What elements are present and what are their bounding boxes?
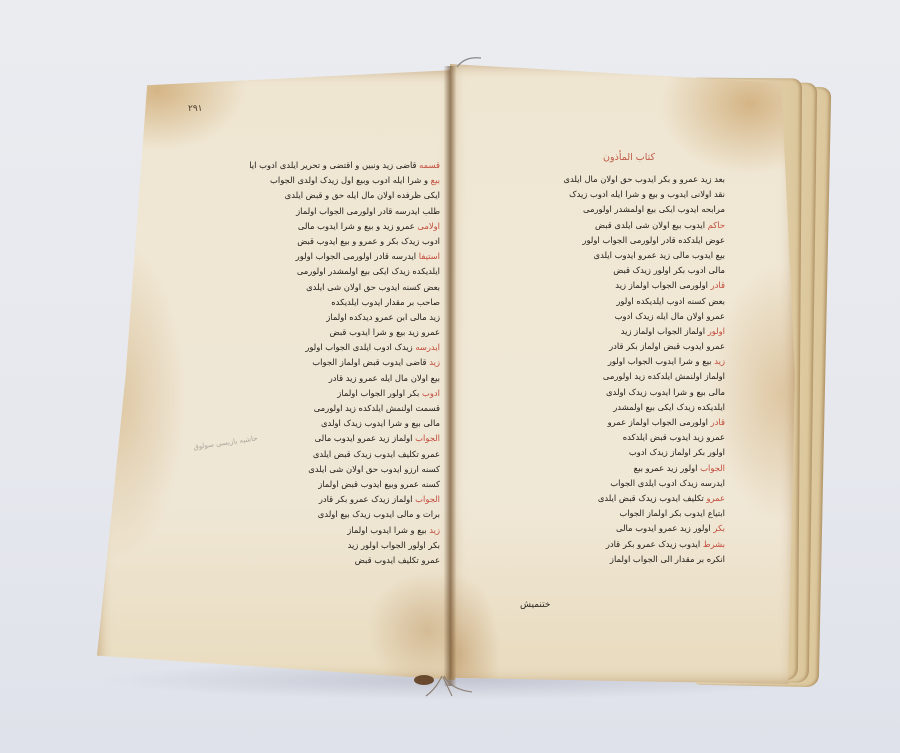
right-page-text-block: بعد زید عمرو و بکر ایدوب حق اولان مال ای… (485, 172, 725, 572)
manuscript-line: ابتیاع ایدوب بکر اولماز الجواب (485, 506, 725, 521)
manuscript-line: بکر اولور الجواب اولور زید (250, 538, 440, 553)
manuscript-line: ایدرسه زیدک ادوب ایلدی الجواب (485, 476, 725, 491)
manuscript-line: بعض کسنه ادوب ایلدیکده اولور (485, 294, 725, 309)
binding-thread-bottom (412, 672, 482, 698)
manuscript-line: طلب ایدرسه قادر اولورمی الجواب اولماز (250, 204, 440, 219)
folio-number: ٢٩١ (188, 104, 203, 114)
manuscript-line: بکر اولور زید عمرو ایدوب مالی (485, 521, 725, 536)
manuscript-photo: ٢٩١ حاشیه یازیسی سولوق قسمه قاضی زید ونب… (0, 0, 900, 753)
manuscript-line: عوض ایلدکده قادر اولورمی الجواب اولور (485, 233, 725, 248)
manuscript-line: کسنه عمرو وبیع ایدوب قبض اولماز (250, 477, 440, 492)
manuscript-line: الجواب اولماز زید عمرو ایدوب مالی (250, 431, 440, 446)
manuscript-line: استیفا ایدرسه قادر اولورمی الجواب اولور (250, 249, 440, 264)
manuscript-line: الجواب اولماز زیدک عمرو بکر قادر (250, 492, 440, 507)
manuscript-line: بیع و شرا ایله ادوب وبیع اول زیدک اولدی … (250, 173, 440, 188)
manuscript-line: برات و مالی ایدوب زیدک بیع اولدی (250, 507, 440, 522)
manuscript-line: کسنه ارزو ایدوب حق اولان شی ایلدی (250, 462, 440, 477)
manuscript-line: بعض کسنه ایدوب حق اولان شی ایلدی (250, 280, 440, 295)
manuscript-line: الجواب اولور زید عمرو بیع (485, 461, 725, 476)
catchword: ختنمیش (520, 600, 550, 610)
manuscript-line: زید قاضی ایدوب قبض اولماز الجواب (250, 355, 440, 370)
manuscript-line: بیع ایدوب مالی زید عمرو ایدوب ایلدی (485, 248, 725, 263)
manuscript-line: ایلدیکده زیدک ایکی بیع اولمشدر اولورمی (250, 264, 440, 279)
manuscript-line: بیع اولان مال ایله عمرو زید قادر (250, 371, 440, 386)
manuscript-line: زید بیع و شرا ایدوب الجواب اولور (485, 354, 725, 369)
manuscript-line: عمرو زید ایدوب قبض ایلدکده (485, 430, 725, 445)
manuscript-line: مرابحه ایدوب ایکی بیع اولمشدر اولورمی (485, 202, 725, 217)
manuscript-line: زید بیع و شرا ایدوب اولماز (250, 523, 440, 538)
manuscript-line: زید مالی ابن عمرو دیدکده اولماز (250, 310, 440, 325)
manuscript-line: قسمت اولنمش ایلدکده زید اولورمی (250, 401, 440, 416)
manuscript-line: عمرو تکلیف ایدوب زیدک قبض ایلدی (485, 491, 725, 506)
manuscript-line: نقد اولانی ایدوب و بیع و شرا ایله ادوب ز… (485, 187, 725, 202)
manuscript-line: عمرو تکلیف ایدوب قبض (250, 553, 440, 568)
manuscript-line: عمرو اولان مال ایله زیدک ادوب (485, 309, 725, 324)
manuscript-line: مالی بیع و شرا ایدوب زیدک اولدی (485, 385, 725, 400)
manuscript-line: ادوب زیدک بکر و عمرو و بیع ایدوب قبض (250, 234, 440, 249)
book-gutter (444, 66, 456, 686)
manuscript-line: حاکم ایدوب بیع اولان شی ایلدی قبض (485, 218, 725, 233)
manuscript-line: مالی بیع و شرا ایدوب زیدک اولدی (250, 416, 440, 431)
manuscript-line: ادوب بکر اولور الجواب اولماز (250, 386, 440, 401)
manuscript-line: مالی ادوب بکر اولور زیدک قبض (485, 263, 725, 278)
manuscript-line: اولامی عمرو زید و بیع و شرا ایدوب مالی (250, 219, 440, 234)
manuscript-line: عمرو زید بیع و شرا ایدوب قبض (250, 325, 440, 340)
manuscript-line: عمرو تکلیف ایدوب زیدک قبض ایلدی (250, 447, 440, 462)
manuscript-line: ایلدیکده زیدک ایکی بیع اولمشدر (485, 400, 725, 415)
manuscript-line: عمرو ایدوب قبض اولماز بکر قادر (485, 339, 725, 354)
binding-thread-top (455, 55, 485, 69)
manuscript-line: اولماز اولنمش ایلدکده زید اولورمی (485, 369, 725, 384)
manuscript-line: بعد زید عمرو و بکر ایدوب حق اولان مال ای… (485, 172, 725, 187)
manuscript-line: اولور اولماز الجواب اولماز زید (485, 324, 725, 339)
left-page-text-block: قسمه قاضی زید ونبیں و اقتضی و تحریر ایلد… (250, 158, 440, 578)
manuscript-line: ایکی ظرفده اولان مال ایله حق و قبض ایلدی (250, 188, 440, 203)
chapter-heading: کتاب المأذون (555, 152, 655, 163)
manuscript-line: ایدرسه زیدک ادوب ایلدی الجواب اولور (250, 340, 440, 355)
manuscript-line: قادر اولورمی الجواب اولماز زید (485, 278, 725, 293)
manuscript-line: صاحب بر مقدار ایدوب ایلدیکده (250, 295, 440, 310)
manuscript-line: اولور بکر اولماز زیدک ادوب (485, 445, 725, 460)
manuscript-line: انکره بر مقدار الی الجواب اولماز (485, 552, 725, 567)
manuscript-line: قسمه قاضی زید ونبیں و اقتضی و تحریر ایلد… (250, 158, 440, 173)
manuscript-line: قادر اولورمی الجواب اولماز عمرو (485, 415, 725, 430)
manuscript-line: بشرط ایدوب زیدک عمرو بکر قادر (485, 537, 725, 552)
